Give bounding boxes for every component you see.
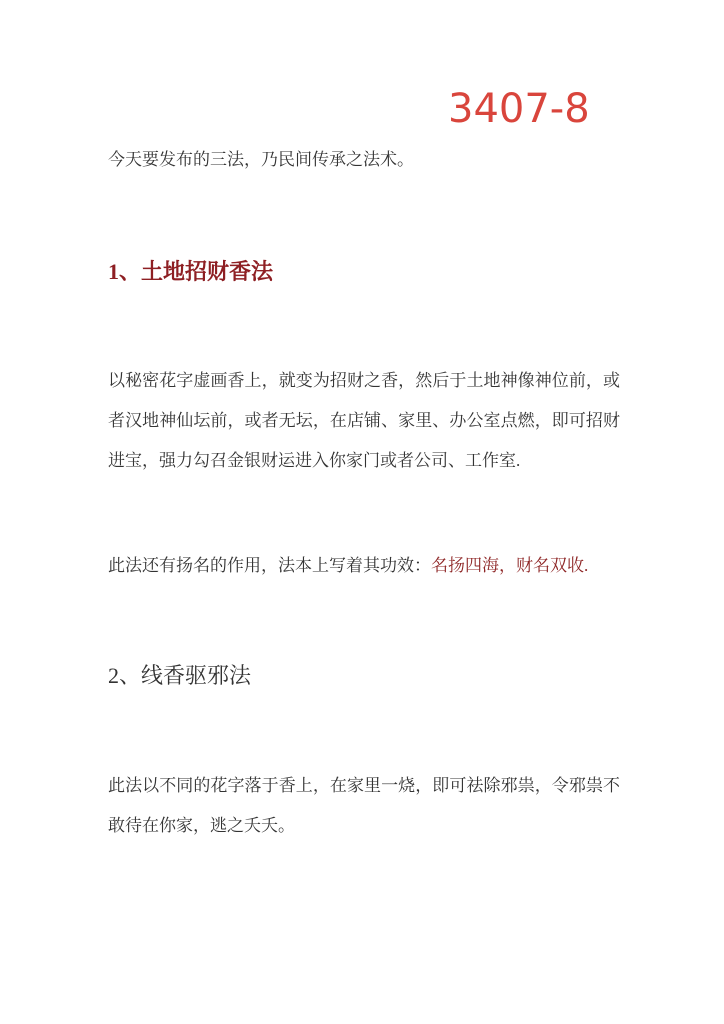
document-page: 3407-8 今天要发布的三法，乃民间传承之法术。 1、土地招财香法 以秘密花字…	[0, 0, 724, 1024]
section2-body-paragraph: 此法以不同的花字落于香上，在家里一烧，即可祛除邪祟，令邪祟不敢待在你家，逃之夭夭…	[108, 766, 620, 846]
intro-paragraph: 今天要发布的三法，乃民间传承之法术。	[108, 140, 620, 180]
doc-title: 3407-8	[448, 85, 590, 133]
section1-body-paragraph: 以秘密花字虚画香上，就变为招财之香，然后于土地神像神位前，或者汉地神仙坛前，或者…	[108, 361, 620, 481]
section2-heading: 2、线香驱邪法	[108, 656, 620, 696]
section1-note-red-highlight: 名扬四海，财名双收.	[431, 556, 588, 575]
section1-heading: 1、土地招财香法	[108, 252, 620, 292]
section1-note-paragraph: 此法还有扬名的作用，法本上写着其功效：名扬四海，财名双收.	[108, 546, 620, 586]
section1-note-black-text: 此法还有扬名的作用，法本上写着其功效：	[108, 556, 431, 575]
